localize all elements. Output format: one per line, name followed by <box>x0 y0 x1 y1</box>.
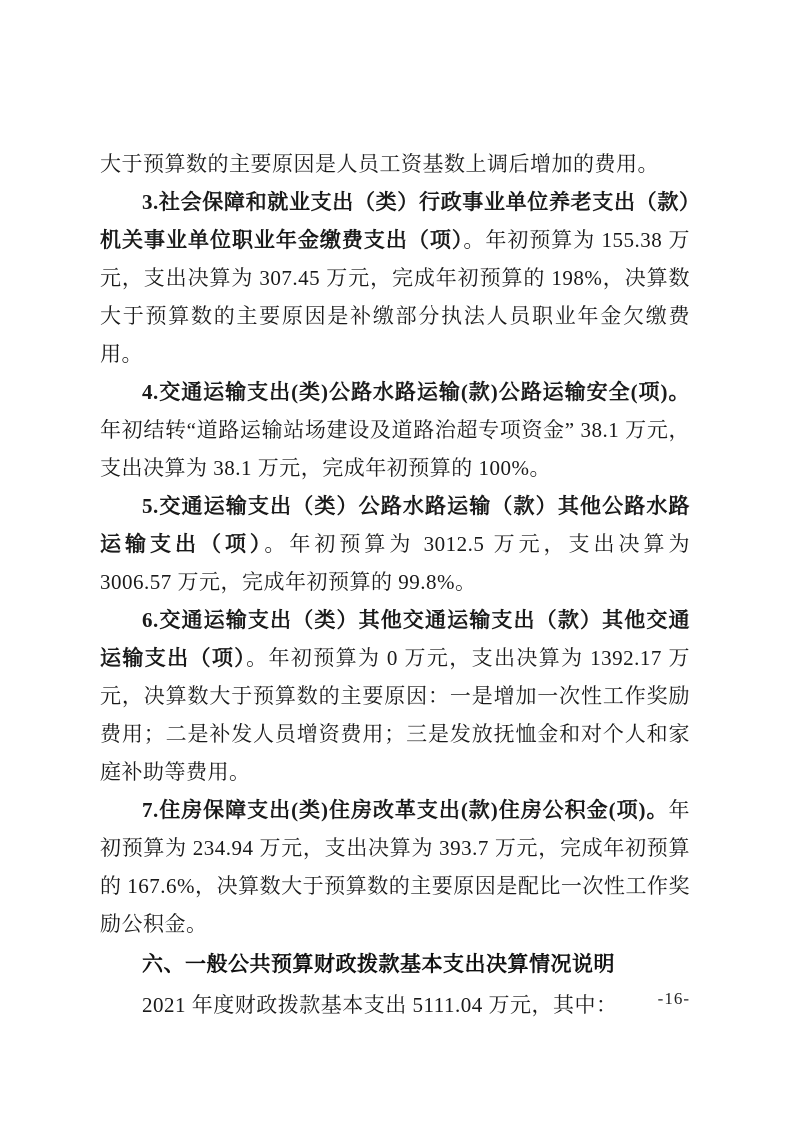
paragraph-item-4-body: 年初结转“道路运输站场建设及道路治超专项资金” 38.1 万元，支出决算为 38… <box>100 418 690 480</box>
closing-paragraph: 2021 年度财政拨款基本支出 5111.04 万元，其中： <box>100 986 690 1024</box>
paragraph-item-3: 3.社会保障和就业支出（类）行政事业单位养老支出（款）机关事业单位职业年金缴费支… <box>100 183 690 373</box>
document-page: 大于预算数的主要原因是人员工资基数上调后增加的费用。 3.社会保障和就业支出（类… <box>0 0 793 1122</box>
paragraph-item-4: 4.交通运输支出(类)公路水路运输(款)公路运输安全(项)。年初结转“道路运输站… <box>100 373 690 487</box>
text-block: 大于预算数的主要原因是人员工资基数上调后增加的费用。 3.社会保障和就业支出（类… <box>100 145 690 1024</box>
paragraph-item-4-heading: 4.交通运输支出(类)公路水路运输(款)公路运输安全(项)。 <box>142 380 690 404</box>
paragraph-item-5: 5.交通运输支出（类）公路水路运输（款）其他公路水路运输支出（项）。年初预算为 … <box>100 487 690 601</box>
paragraph-item-7: 7.住房保障支出(类)住房改革支出(款)住房公积金(项)。年初预算为 234.9… <box>100 791 690 943</box>
paragraph-item-7-heading: 7.住房保障支出(类)住房改革支出(款)住房公积金(项)。 <box>142 798 669 822</box>
section-heading: 六、一般公共预算财政拨款基本支出决算情况说明 <box>100 943 690 986</box>
page-number: -16- <box>658 989 690 1009</box>
paragraph-item-6: 6.交通运输支出（类）其他交通运输支出（款）其他交通运输支出（项）。年初预算为 … <box>100 601 690 791</box>
paragraph-continuation: 大于预算数的主要原因是人员工资基数上调后增加的费用。 <box>100 145 690 183</box>
